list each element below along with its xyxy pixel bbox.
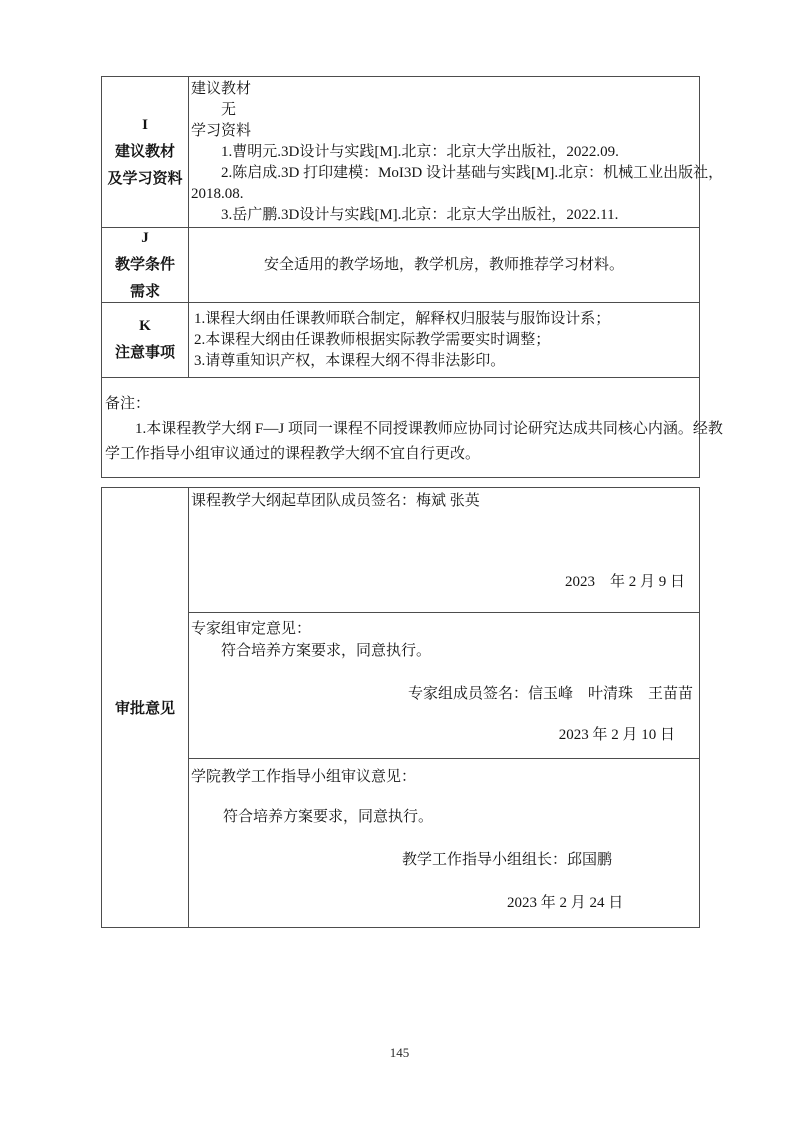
approval-label: 审批意见 — [102, 488, 189, 927]
approval-table: 审批意见 课程教学大纲起草团队成员签名：梅斌 张英 2023 年 2 月 9 日… — [101, 487, 700, 928]
reference-1: 1.曹明元.3D设计与实践[M].北京：北京大学出版社，2022.09. — [191, 142, 699, 163]
draft-team-row: 课程教学大纲起草团队成员签名：梅斌 张英 2023 年 2 月 9 日 — [189, 488, 699, 613]
section-j-content: 安全适用的教学场地，教学机房，教师推荐学习材料。 — [189, 228, 699, 302]
remarks-content: 备注： 1.本课程教学大纲 F—J 项同一课程不同授课教师应协同讨论研究达成共同… — [102, 378, 699, 477]
section-j-label: J 教学条件 需求 — [102, 228, 189, 302]
section-k-content: 1.课程大纲由任课教师联合制定，解释权归服装与服饰设计系； 2.本课程大纲由任课… — [189, 303, 699, 377]
remarks-row: 备注： 1.本课程教学大纲 F—J 项同一课程不同授课教师应协同讨论研究达成共同… — [102, 378, 699, 477]
reference-3: 3.岳广鹏.3D设计与实践[M].北京：北京大学出版社，2022.11. — [191, 205, 699, 226]
section-i-letter: I — [142, 112, 148, 139]
section-j-title-line1: 教学条件 — [115, 252, 175, 279]
textbook-heading: 建议教材 — [191, 79, 699, 100]
textbook-none: 无 — [191, 100, 699, 121]
approval-label-text: 审批意见 — [115, 697, 175, 718]
committee-opinion-row: 学院教学工作指导小组审议意见： 符合培养方案要求，同意执行。 教学工作指导小组组… — [189, 759, 699, 927]
remarks-line2: 学工作指导小组审议通过的课程教学大纲不宜自行更改。 — [105, 442, 699, 467]
approval-content: 课程教学大纲起草团队成员签名：梅斌 张英 2023 年 2 月 9 日 专家组审… — [189, 488, 699, 927]
syllabus-table: I 建议教材 及学习资料 建议教材 无 学习资料 1.曹明元.3D设计与实践[M… — [101, 76, 700, 478]
draft-team-date: 2023 年 2 月 9 日 — [565, 572, 685, 593]
section-k-row: K 注意事项 1.课程大纲由任课教师联合制定，解释权归服装与服饰设计系； 2.本… — [102, 303, 699, 378]
section-i-row: I 建议教材 及学习资料 建议教材 无 学习资料 1.曹明元.3D设计与实践[M… — [102, 77, 699, 228]
section-k-label: K 注意事项 — [102, 303, 189, 377]
committee-date: 2023 年 2 月 24 日 — [191, 893, 699, 914]
expert-date: 2023 年 2 月 10 日 — [191, 724, 699, 746]
notice-1: 1.课程大纲由任课教师联合制定，解释权归服装与服饰设计系； — [194, 309, 699, 330]
expert-opinion-content: 符合培养方案要求，同意执行。 — [191, 640, 699, 662]
remarks-title: 备注： — [105, 392, 699, 417]
expert-opinion-title: 专家组审定意见： — [191, 618, 699, 640]
committee-leader-signature: 教学工作指导小组组长：邱国鹏 — [191, 850, 699, 871]
section-i-content: 建议教材 无 学习资料 1.曹明元.3D设计与实践[M].北京：北京大学出版社，… — [189, 77, 699, 227]
document-page: I 建议教材 及学习资料 建议教材 无 学习资料 1.曹明元.3D设计与实践[M… — [0, 0, 799, 1131]
draft-team-signature: 课程教学大纲起草团队成员签名：梅斌 张英 — [191, 491, 699, 512]
section-k-title: 注意事项 — [115, 340, 175, 367]
reference-2-wrap: 2018.08. — [191, 184, 699, 205]
section-i-label: I 建议教材 及学习资料 — [102, 77, 189, 227]
section-j-title-line2: 需求 — [130, 279, 160, 306]
section-i-title-line1: 建议教材 — [115, 139, 175, 166]
section-i-title-line2: 及学习资料 — [107, 166, 182, 193]
reference-2: 2.陈启成.3D 打印建模：MoI3D 设计基础与实践[M].北京：机械工业出版… — [191, 163, 699, 184]
notice-2: 2.本课程大纲由任课教师根据实际教学需要实时调整； — [194, 330, 699, 351]
remarks-line1: 1.本课程教学大纲 F—J 项同一课程不同授课教师应协同讨论研究达成共同核心内涵… — [105, 417, 699, 442]
committee-opinion-content: 符合培养方案要求，同意执行。 — [191, 807, 699, 828]
notice-3: 3.请尊重知识产权，本课程大纲不得非法影印。 — [194, 351, 699, 372]
teaching-conditions-text: 安全适用的教学场地，教学机房，教师推荐学习材料。 — [264, 255, 624, 276]
expert-opinion-row: 专家组审定意见： 符合培养方案要求，同意执行。 专家组成员签名：信玉峰 叶清珠 … — [189, 613, 699, 759]
expert-signature: 专家组成员签名：信玉峰 叶清珠 王苗苗 — [191, 683, 699, 705]
page-number: 145 — [0, 1045, 799, 1061]
committee-opinion-title: 学院教学工作指导小组审议意见： — [191, 767, 699, 788]
section-j-letter: J — [141, 225, 149, 252]
section-k-letter: K — [139, 313, 151, 340]
section-j-row: J 教学条件 需求 安全适用的教学场地，教学机房，教师推荐学习材料。 — [102, 228, 699, 303]
materials-heading: 学习资料 — [191, 121, 699, 142]
